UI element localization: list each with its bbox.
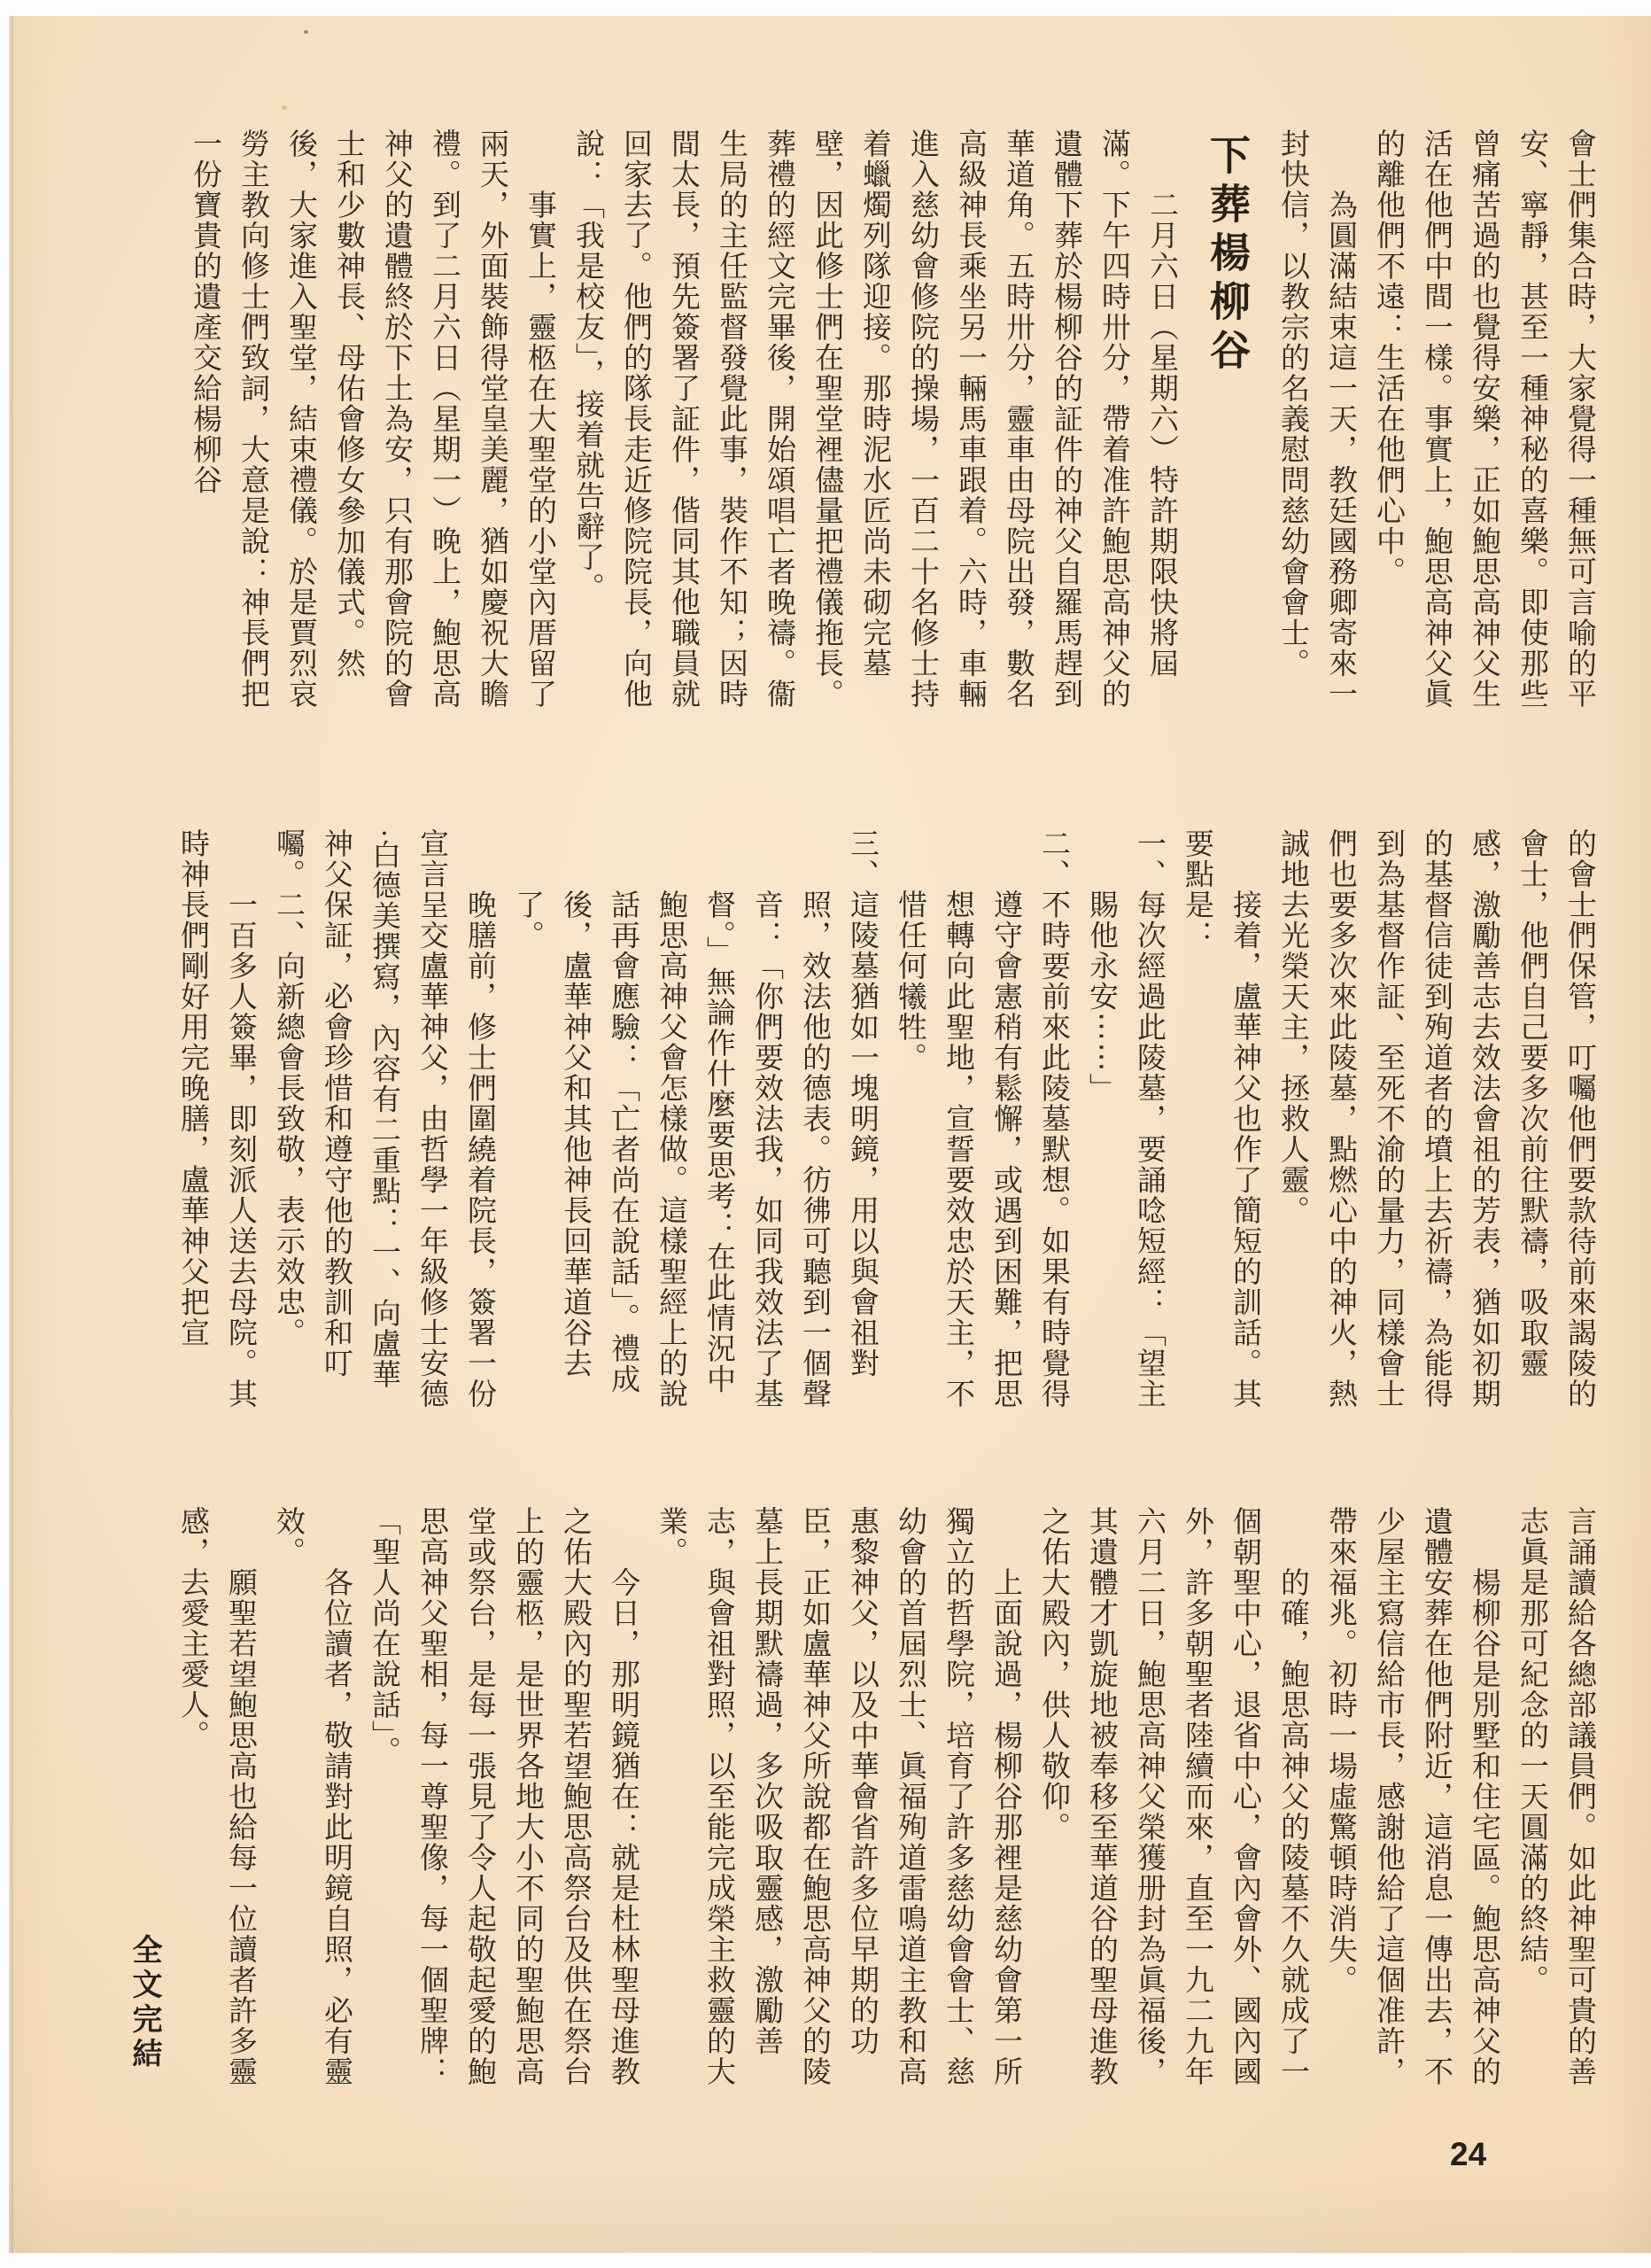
article-title: 下葬楊柳谷 (1185, 128, 1268, 713)
paragraph: 楊柳谷是別墅和住宅區。鮑思高神父的遺體安葬在他們附近，這消息一傳出去，不少屋主寫… (1316, 1506, 1508, 2091)
paragraph: 各位讀者，敬請對此明鏡自照，必有靈效。 (264, 1506, 360, 2091)
paragraph: 會士們集合時，大家覺得一種無可言喻的平安、寧靜，甚至一種神秘的喜樂。即使那些曾痛… (1364, 128, 1603, 713)
paragraph: 的會士們保管，叮囑他們要款待前來謁陵的會士，他們自己要多次前往默禱，吸取靈感，激… (1268, 828, 1603, 1413)
paragraph: 願聖若望鮑思高也給每一位讀者許多靈感，去愛主愛人。 (168, 1506, 264, 2091)
text-band-middle: 的會士們保管，叮囑他們要款待前來謁陵的會士，他們自己要多次前往默禱，吸取靈感，激… (99, 828, 1603, 1413)
text-band-top: 會士們集合時，大家覺得一種無可言喻的平安、寧靜，甚至一種神秘的喜樂。即使那些曾痛… (99, 128, 1603, 713)
paper-speck (282, 105, 287, 110)
end-marker: 全文完結 (120, 1506, 168, 2091)
paragraph: 一百多人簽畢，即刻派人送去母院。其時神長們剛好用完晚膳，盧華神父把宣 (168, 828, 264, 1413)
page-number: 24 (1450, 2136, 1486, 2173)
paragraph: 言誦讀給各總部議員們。如此神聖可貴的善志眞是那可紀念的一天圓滿的終結。 (1508, 1506, 1603, 2091)
paper: 會士們集合時，大家覺得一種無可言喻的平安、寧靜，甚至一種神秘的喜樂。即使那些曾痛… (9, 16, 1651, 2253)
paragraph: 的確，鮑思高神父的陵墓不久就成了一個朝聖中心，退省中心，會內會外、國內國外，許多… (1029, 1506, 1316, 2091)
text-band-bottom: 言誦讀給各總部議員們。如此神聖可貴的善志眞是那可紀念的一天圓滿的終結。楊柳谷是別… (99, 1506, 1603, 2091)
scanned-page: 會士們集合時，大家覺得一種無可言喻的平安、寧靜，甚至一種神秘的喜樂。即使那些曾痛… (0, 0, 1651, 2268)
paragraph: 接着，盧華神父也作了簡短的訓話。其要點是： (1173, 828, 1268, 1413)
list-item: 二、不時要前來此陵墓默想。如果有時覺得遵守會憲稍有鬆懈，或遇到困難，把思想轉向此… (886, 828, 1077, 1413)
paragraph: 今日，那明鏡猶在：就是杜林聖母進教之佑大殿內的聖若望鮑思高祭台及供在祭台上的靈柩… (360, 1506, 647, 2091)
paragraph: 事實上，靈柩在大聖堂的小堂內厝留了兩天，外面裝飾得堂皇美麗，猶如慶祝大瞻禮。到了… (181, 128, 563, 713)
paragraph: 二月六日（星期六）特許期限快將屆滿。下午四時卅分，帶着准許鮑思高神父的遺體下葬於… (563, 128, 1185, 713)
paper-crease (11, 16, 13, 2253)
paragraph: 上面說過，楊柳谷那裡是慈幼會第一所獨立的哲學院，培育了許多慈幼會會士、慈幼會的首… (647, 1506, 1029, 2091)
paper-speck (304, 30, 308, 34)
paragraph: 晚膳前，修士們圍繞着院長，簽署一份宣言呈交盧華神父，由哲學一年級修士安德·白德美… (264, 828, 503, 1413)
list-item: 一、每次經過此陵墓，要誦唸短經：「望主賜他永安⋯⋯」 (1077, 828, 1173, 1413)
paragraph: 為圓滿結束這一天，教廷國務卿寄來一封快信，以教宗的名義慰問慈幼會會士。 (1268, 128, 1364, 713)
list-item: 三、這陵墓猶如一塊明鏡，用以與會祖對照，效法他的德表。彷彿可聽到一個聲音：「你們… (503, 828, 886, 1413)
